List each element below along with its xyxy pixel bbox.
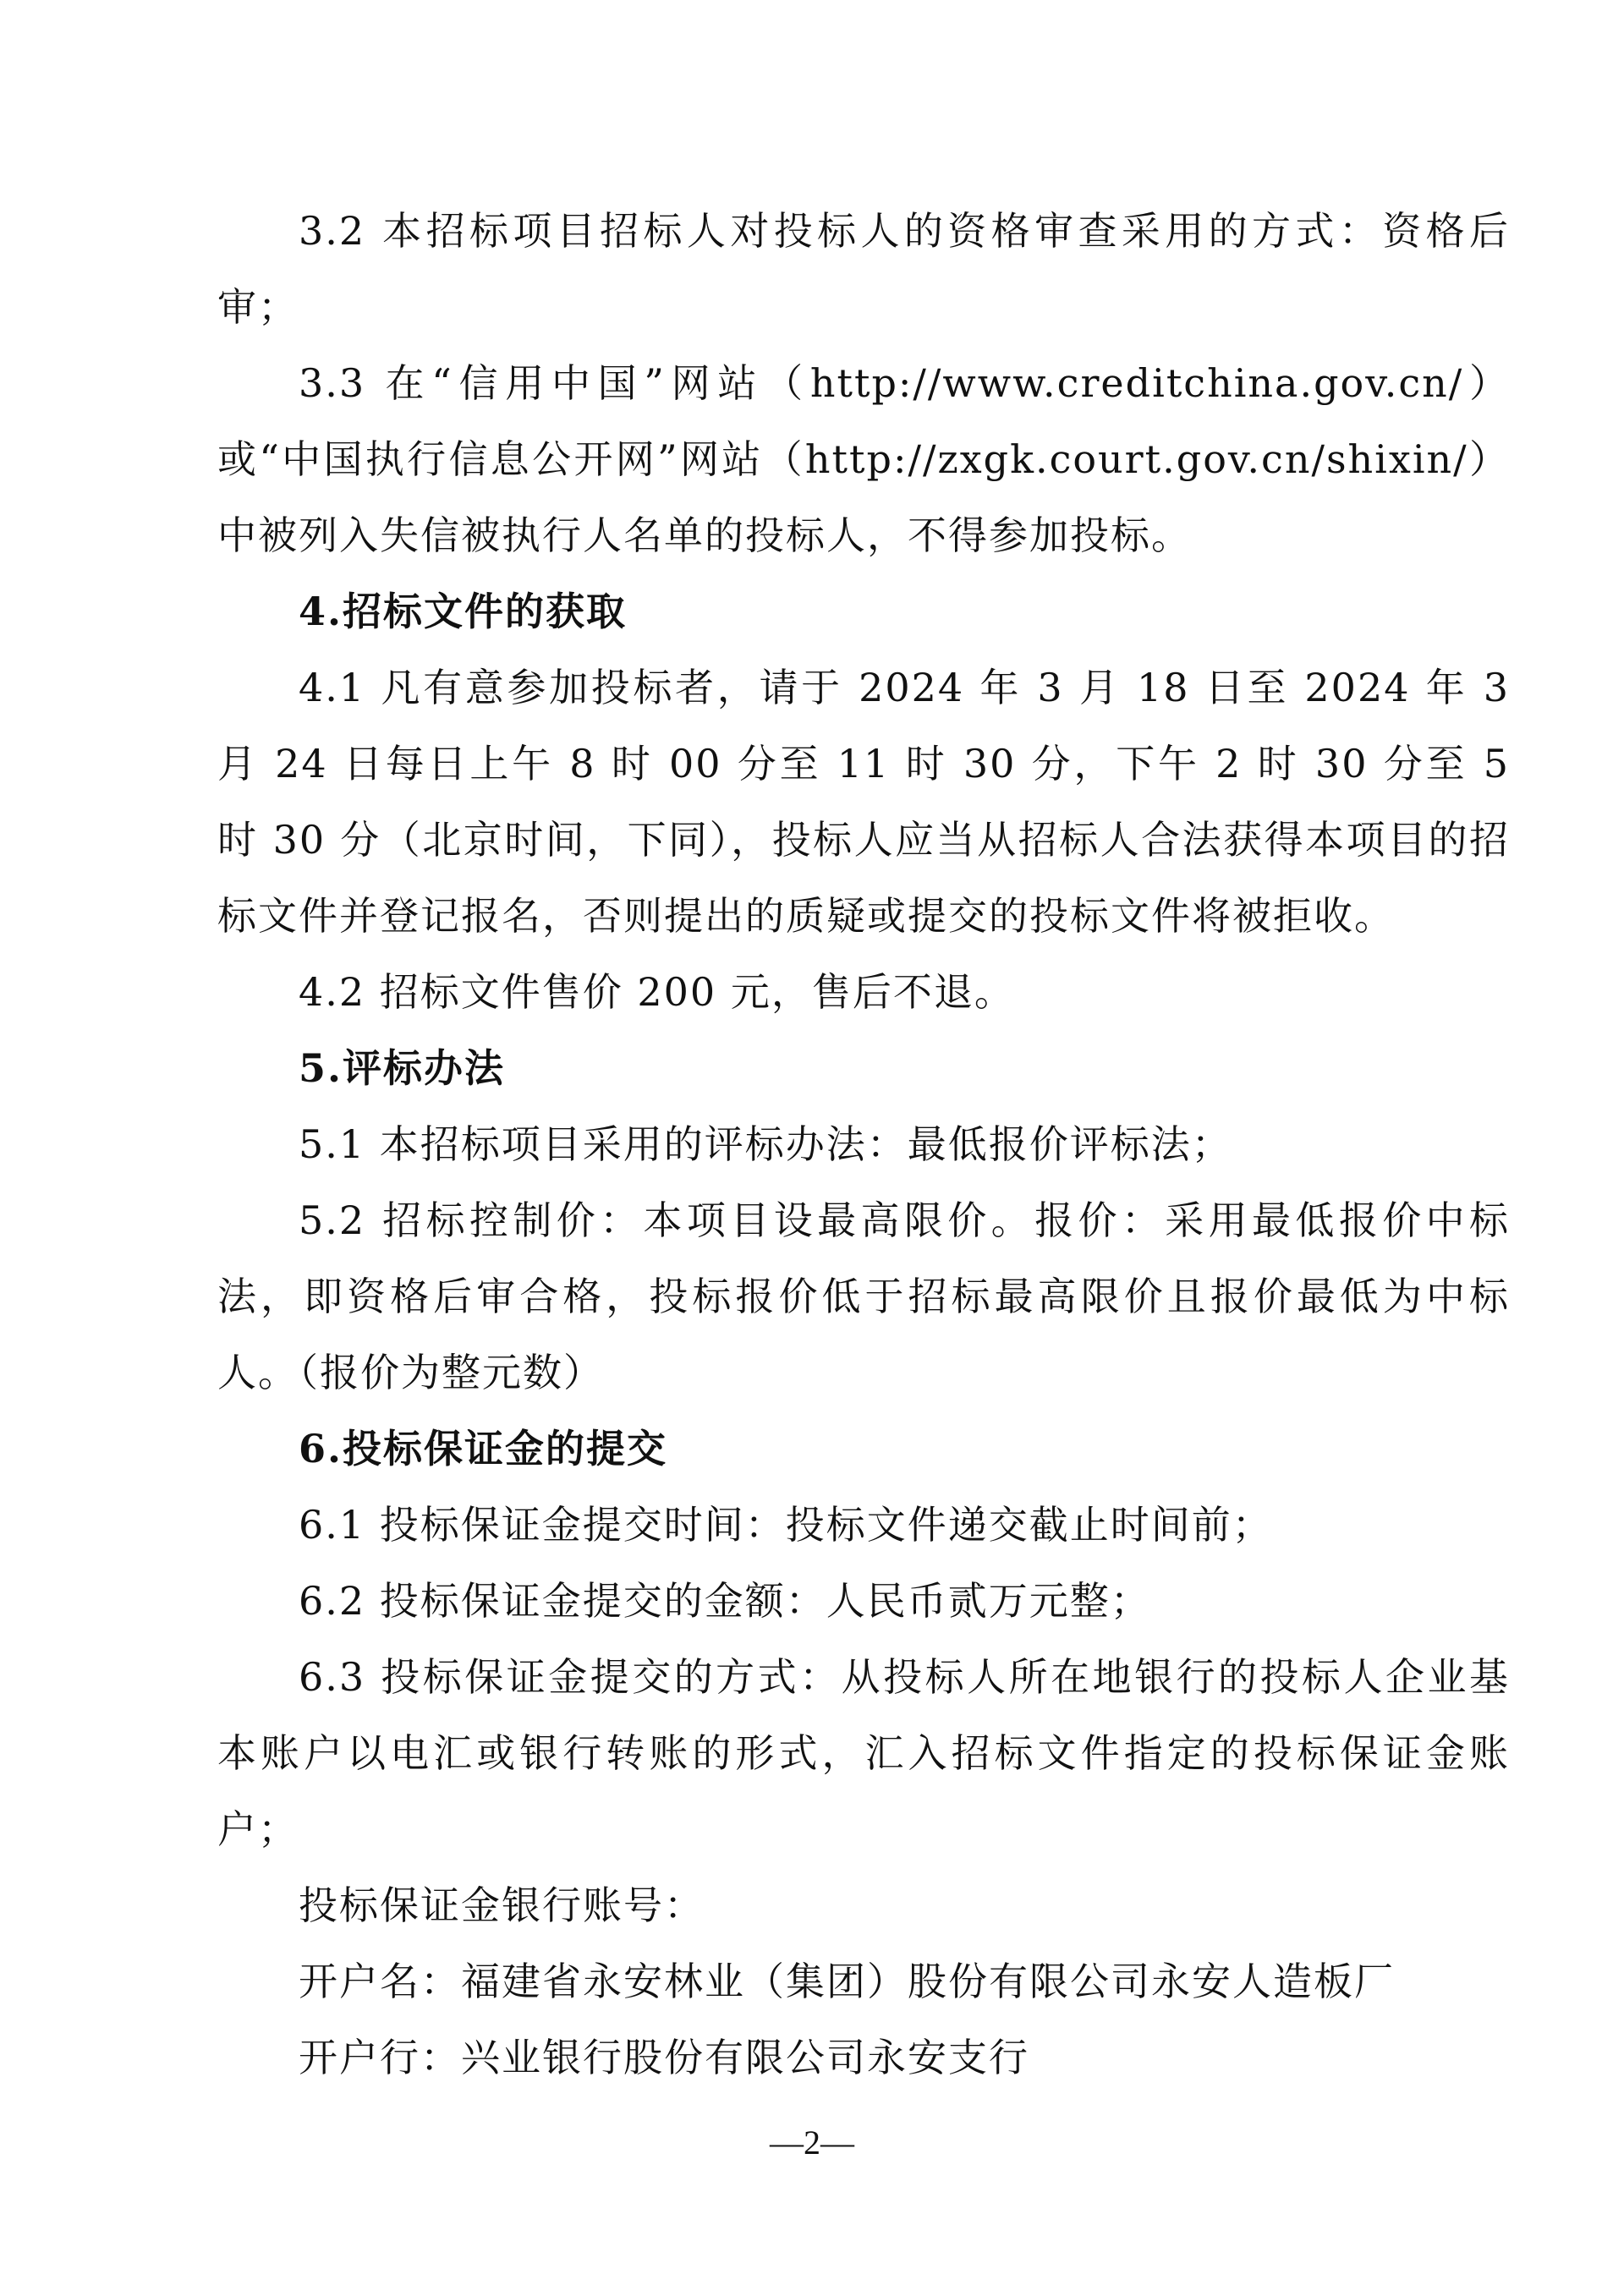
document-page: 3.2 本招标项目招标人对投标人的资格审查采用的方式：资格后审； 3.3 在“信… xyxy=(0,0,1624,2296)
paragraph-5-1: 5.1 本招标项目采用的评标办法：最低报价评标法； xyxy=(217,1106,1510,1182)
section-heading-6: 6.投标保证金的提交 xyxy=(217,1411,1510,1487)
paragraph-3-2: 3.2 本招标项目招标人对投标人的资格审查采用的方式：资格后审； xyxy=(217,193,1510,345)
paragraph-5-2: 5.2 招标控制价：本项目设最高限价。报价：采用最低报价中标法，即资格后审合格，… xyxy=(217,1182,1510,1411)
account-holder-name: 开户名：福建省永安林业（集团）股份有限公司永安人造板厂 xyxy=(217,1943,1510,2019)
paragraph-3-3: 3.3 在“信用中国”网站（http://www.creditchina.gov… xyxy=(217,345,1510,573)
paragraph-6-3: 6.3 投标保证金提交的方式：从投标人所在地银行的投标人企业基本账户以电汇或银行… xyxy=(217,1639,1510,1867)
paragraph-4-2: 4.2 招标文件售价 200 元，售后不退。 xyxy=(217,954,1510,1030)
paragraph-4-1: 4.1 凡有意参加投标者，请于 2024 年 3 月 18 日至 2024 年 … xyxy=(217,649,1510,954)
paragraph-6-2: 6.2 投标保证金提交的金额：人民币贰万元整； xyxy=(217,1563,1510,1639)
document-body: 3.2 本招标项目招标人对投标人的资格审查采用的方式：资格后审； 3.3 在“信… xyxy=(217,193,1510,2096)
bank-account-label: 投标保证金银行账号： xyxy=(217,1867,1510,1943)
account-bank-name: 开户行：兴业银行股份有限公司永安支行 xyxy=(217,2019,1510,2096)
section-heading-4: 4.招标文件的获取 xyxy=(217,573,1510,649)
page-number: —2— xyxy=(0,2123,1624,2162)
paragraph-6-1: 6.1 投标保证金提交时间：投标文件递交截止时间前； xyxy=(217,1487,1510,1563)
section-heading-5: 5.评标办法 xyxy=(217,1030,1510,1106)
